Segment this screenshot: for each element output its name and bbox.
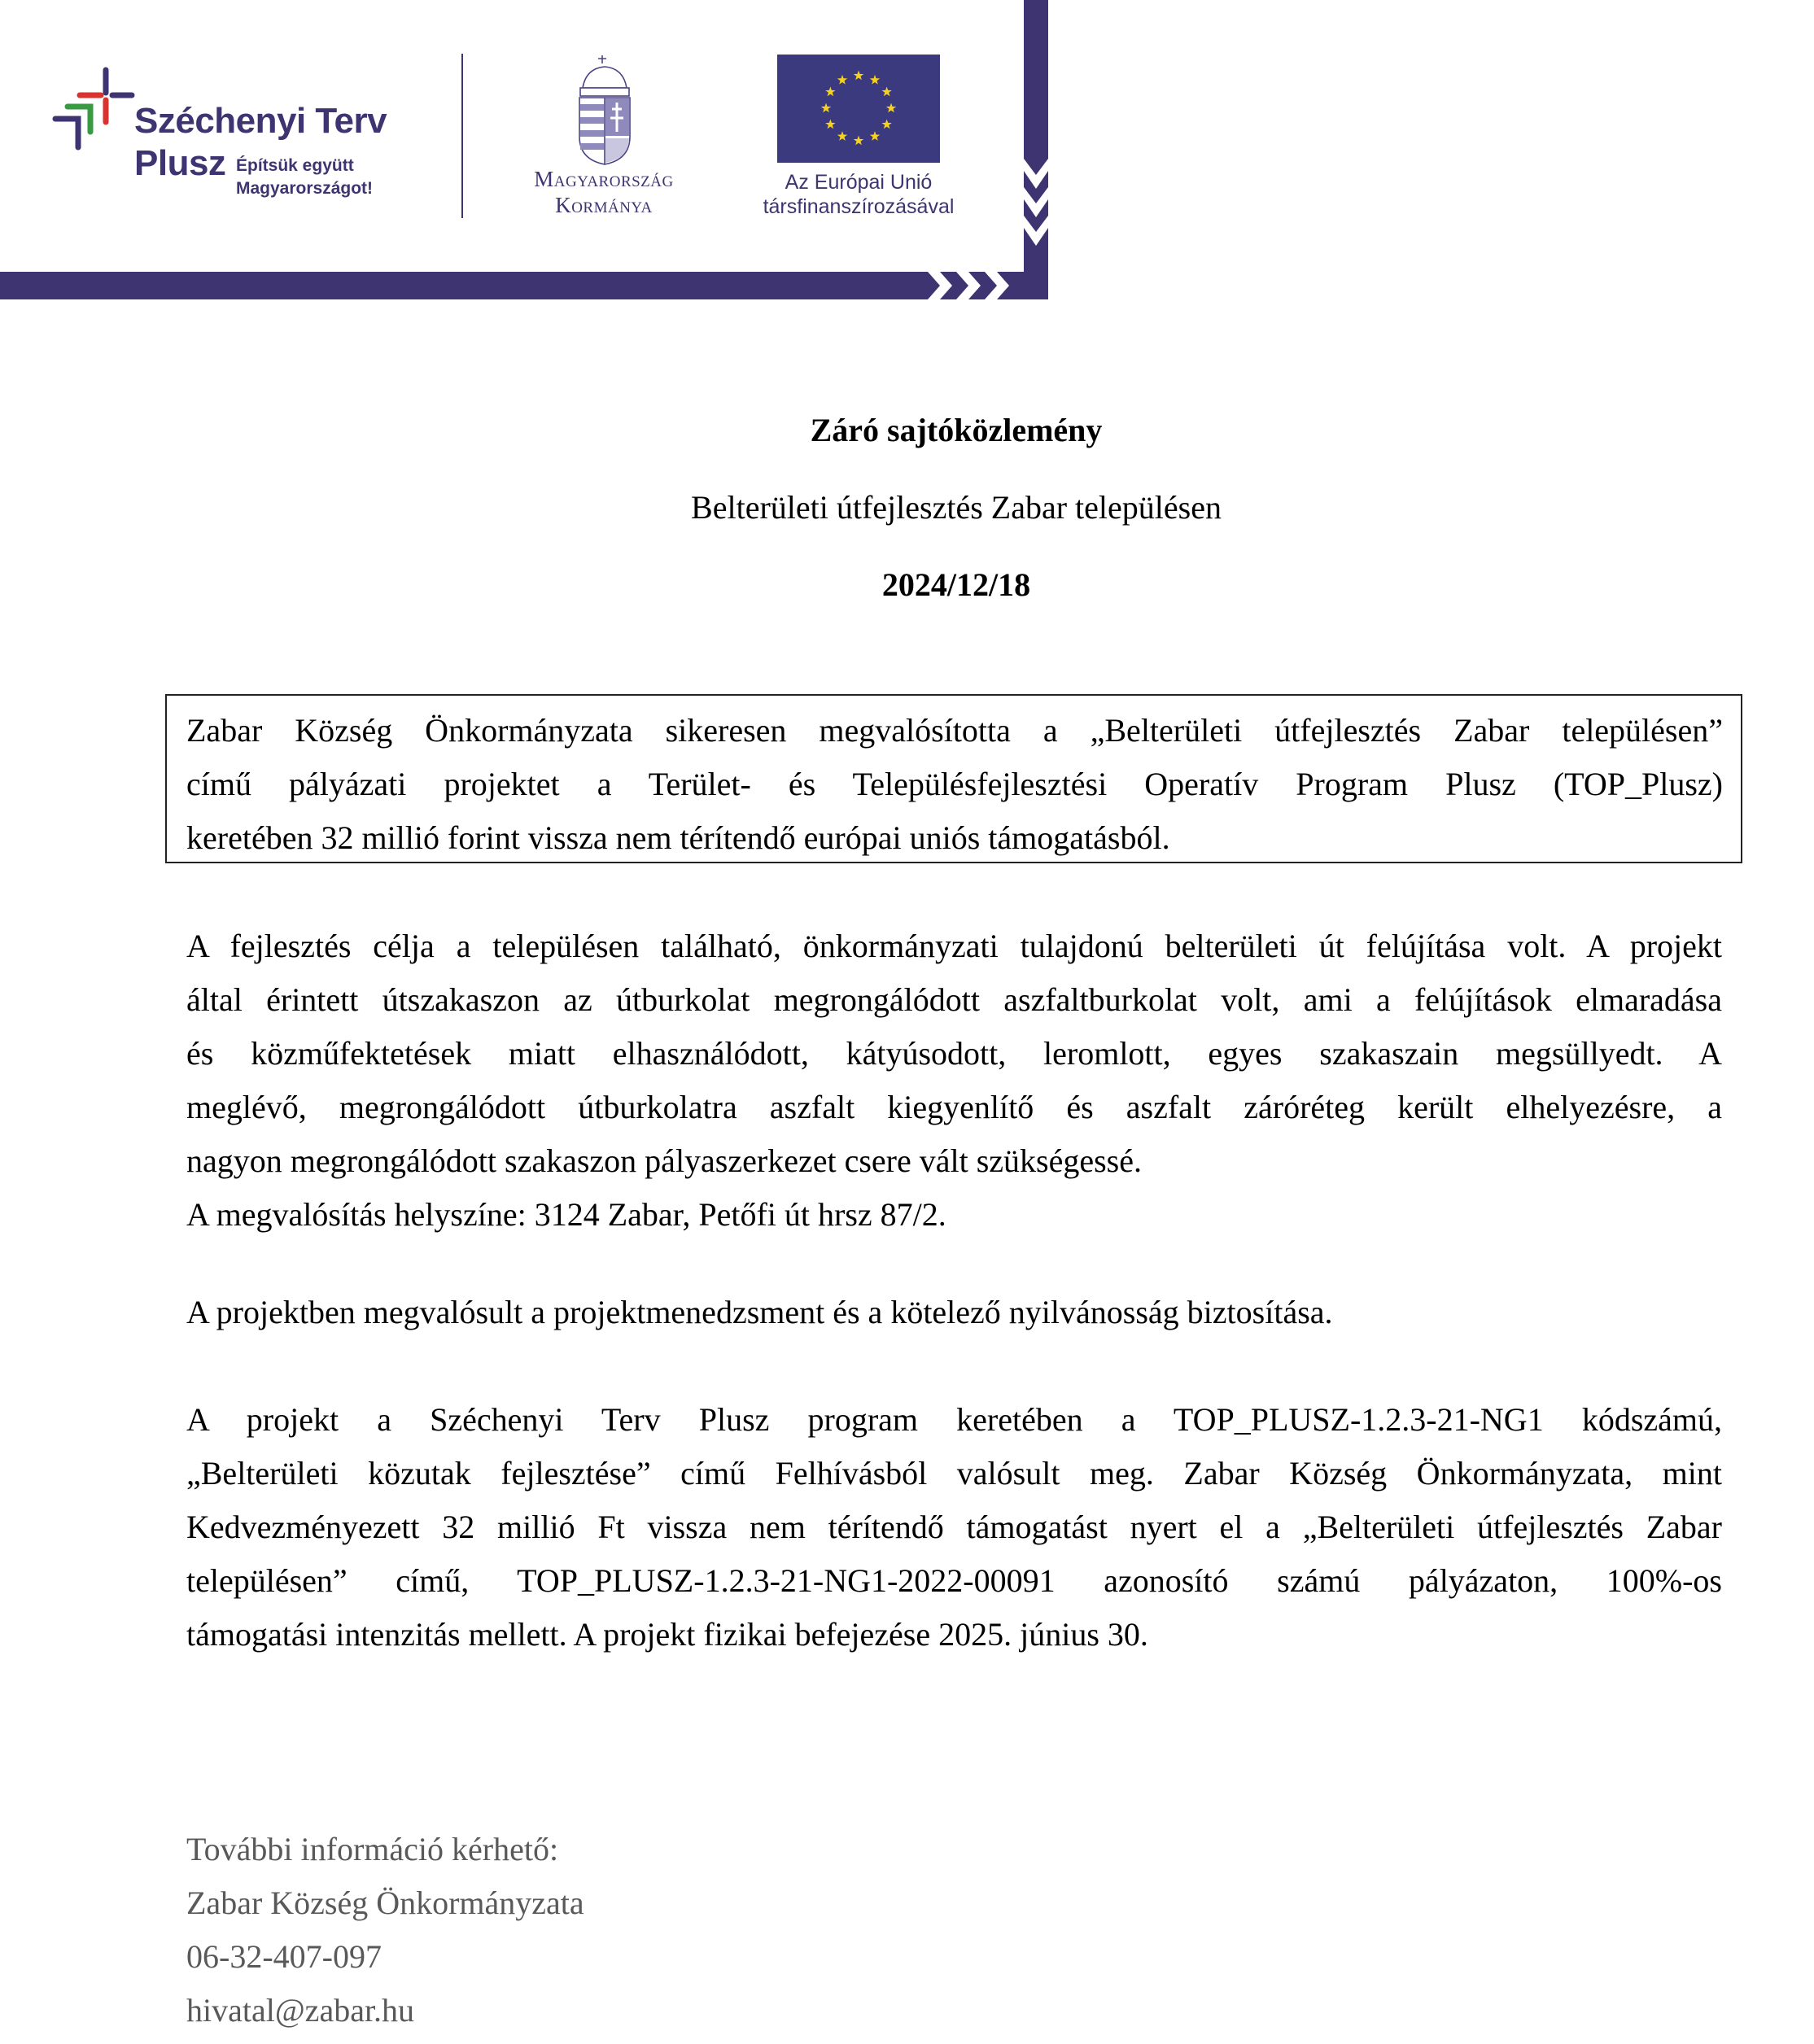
szechenyi-cross-icon [55, 70, 132, 147]
szechenyi-logo-tagline-2: Magyarországot! [236, 179, 373, 199]
paragraph-line: és közműfektetések miatt elhasználódott,… [186, 1027, 1722, 1081]
contact-footer: További információ kérhető: Zabar Község… [186, 1823, 584, 2037]
summary-text: Zabar Község Önkormányzata sikeresen meg… [186, 704, 1723, 865]
location-text: A megvalósítás helyszíne: 3124 Zabar, Pe… [186, 1188, 1722, 1242]
contact-heading: További információ kérhető: [186, 1823, 584, 1876]
eu-logo-line-2: társfinanszírozásával [728, 195, 989, 219]
paragraph-line: településen” című, TOP_PLUSZ-1.2.3-21-NG… [186, 1554, 1722, 1608]
document-date: 2024/12/18 [0, 566, 1814, 604]
paragraph-line: A fejlesztés célja a településen találha… [186, 919, 1722, 973]
paragraph-line: meglévő, megrongálódott útburkolatra asz… [186, 1081, 1722, 1134]
paragraph-line: A projekt a Széchenyi Terv Plusz program… [186, 1393, 1722, 1447]
eu-flag-icon [777, 55, 940, 163]
paragraph-line: A projektben megvalósult a projektmenedz… [186, 1286, 1722, 1339]
logo-divider [461, 54, 463, 218]
summary-line: című pályázati projektet a Terület- és T… [186, 758, 1723, 811]
government-logo-line-2: Kormánya [482, 193, 726, 218]
paragraph-line: által érintett útszakaszon az útburkolat… [186, 973, 1722, 1027]
summary-line: Zabar Község Önkormányzata sikeresen meg… [186, 704, 1723, 758]
government-logo-line-1: Magyarország [482, 167, 726, 192]
szechenyi-logo-tagline-1: Építsük együtt [236, 156, 354, 176]
location-line: A megvalósítás helyszíne: 3124 Zabar, Pe… [186, 1188, 1722, 1242]
paragraph-line: támogatási intenzitás mellett. A projekt… [186, 1608, 1722, 1662]
szechenyi-logo-plusz: Plusz [134, 143, 225, 184]
down-chevrons-icon [1024, 159, 1048, 246]
right-chevrons-icon [928, 272, 1009, 299]
paragraph-funding-details: A projekt a Széchenyi Terv Plusz program… [186, 1393, 1722, 1662]
paragraph-line: Kedvezményezett 32 millió Ft vissza nem … [186, 1500, 1722, 1554]
paragraph-project-management: A projektben megvalósult a projektmenedz… [186, 1286, 1722, 1339]
contact-email: hivatal@zabar.hu [186, 1984, 584, 2037]
paragraph-line: „Belterületi közutak fejlesztése” című F… [186, 1447, 1722, 1500]
contact-phone: 06-32-407-097 [186, 1930, 584, 1984]
paragraph-line: nagyon megrongálódott szakaszon pályasze… [186, 1134, 1722, 1188]
hungarian-coat-of-arms-icon [579, 55, 630, 164]
contact-organization: Zabar Község Önkormányzata [186, 1876, 584, 1930]
szechenyi-logo-title: Széchenyi Terv [134, 101, 387, 142]
document-subtitle: Belterületi útfejlesztés Zabar település… [0, 488, 1814, 526]
eu-logo-line-1: Az Európai Unió [728, 171, 989, 194]
summary-box: Zabar Község Önkormányzata sikeresen meg… [165, 694, 1742, 863]
paragraph-project-goal: A fejlesztés célja a településen találha… [186, 919, 1722, 1188]
document-title: Záró sajtóközlemény [0, 411, 1814, 449]
summary-line: keretében 32 millió forint vissza nem té… [186, 811, 1723, 865]
